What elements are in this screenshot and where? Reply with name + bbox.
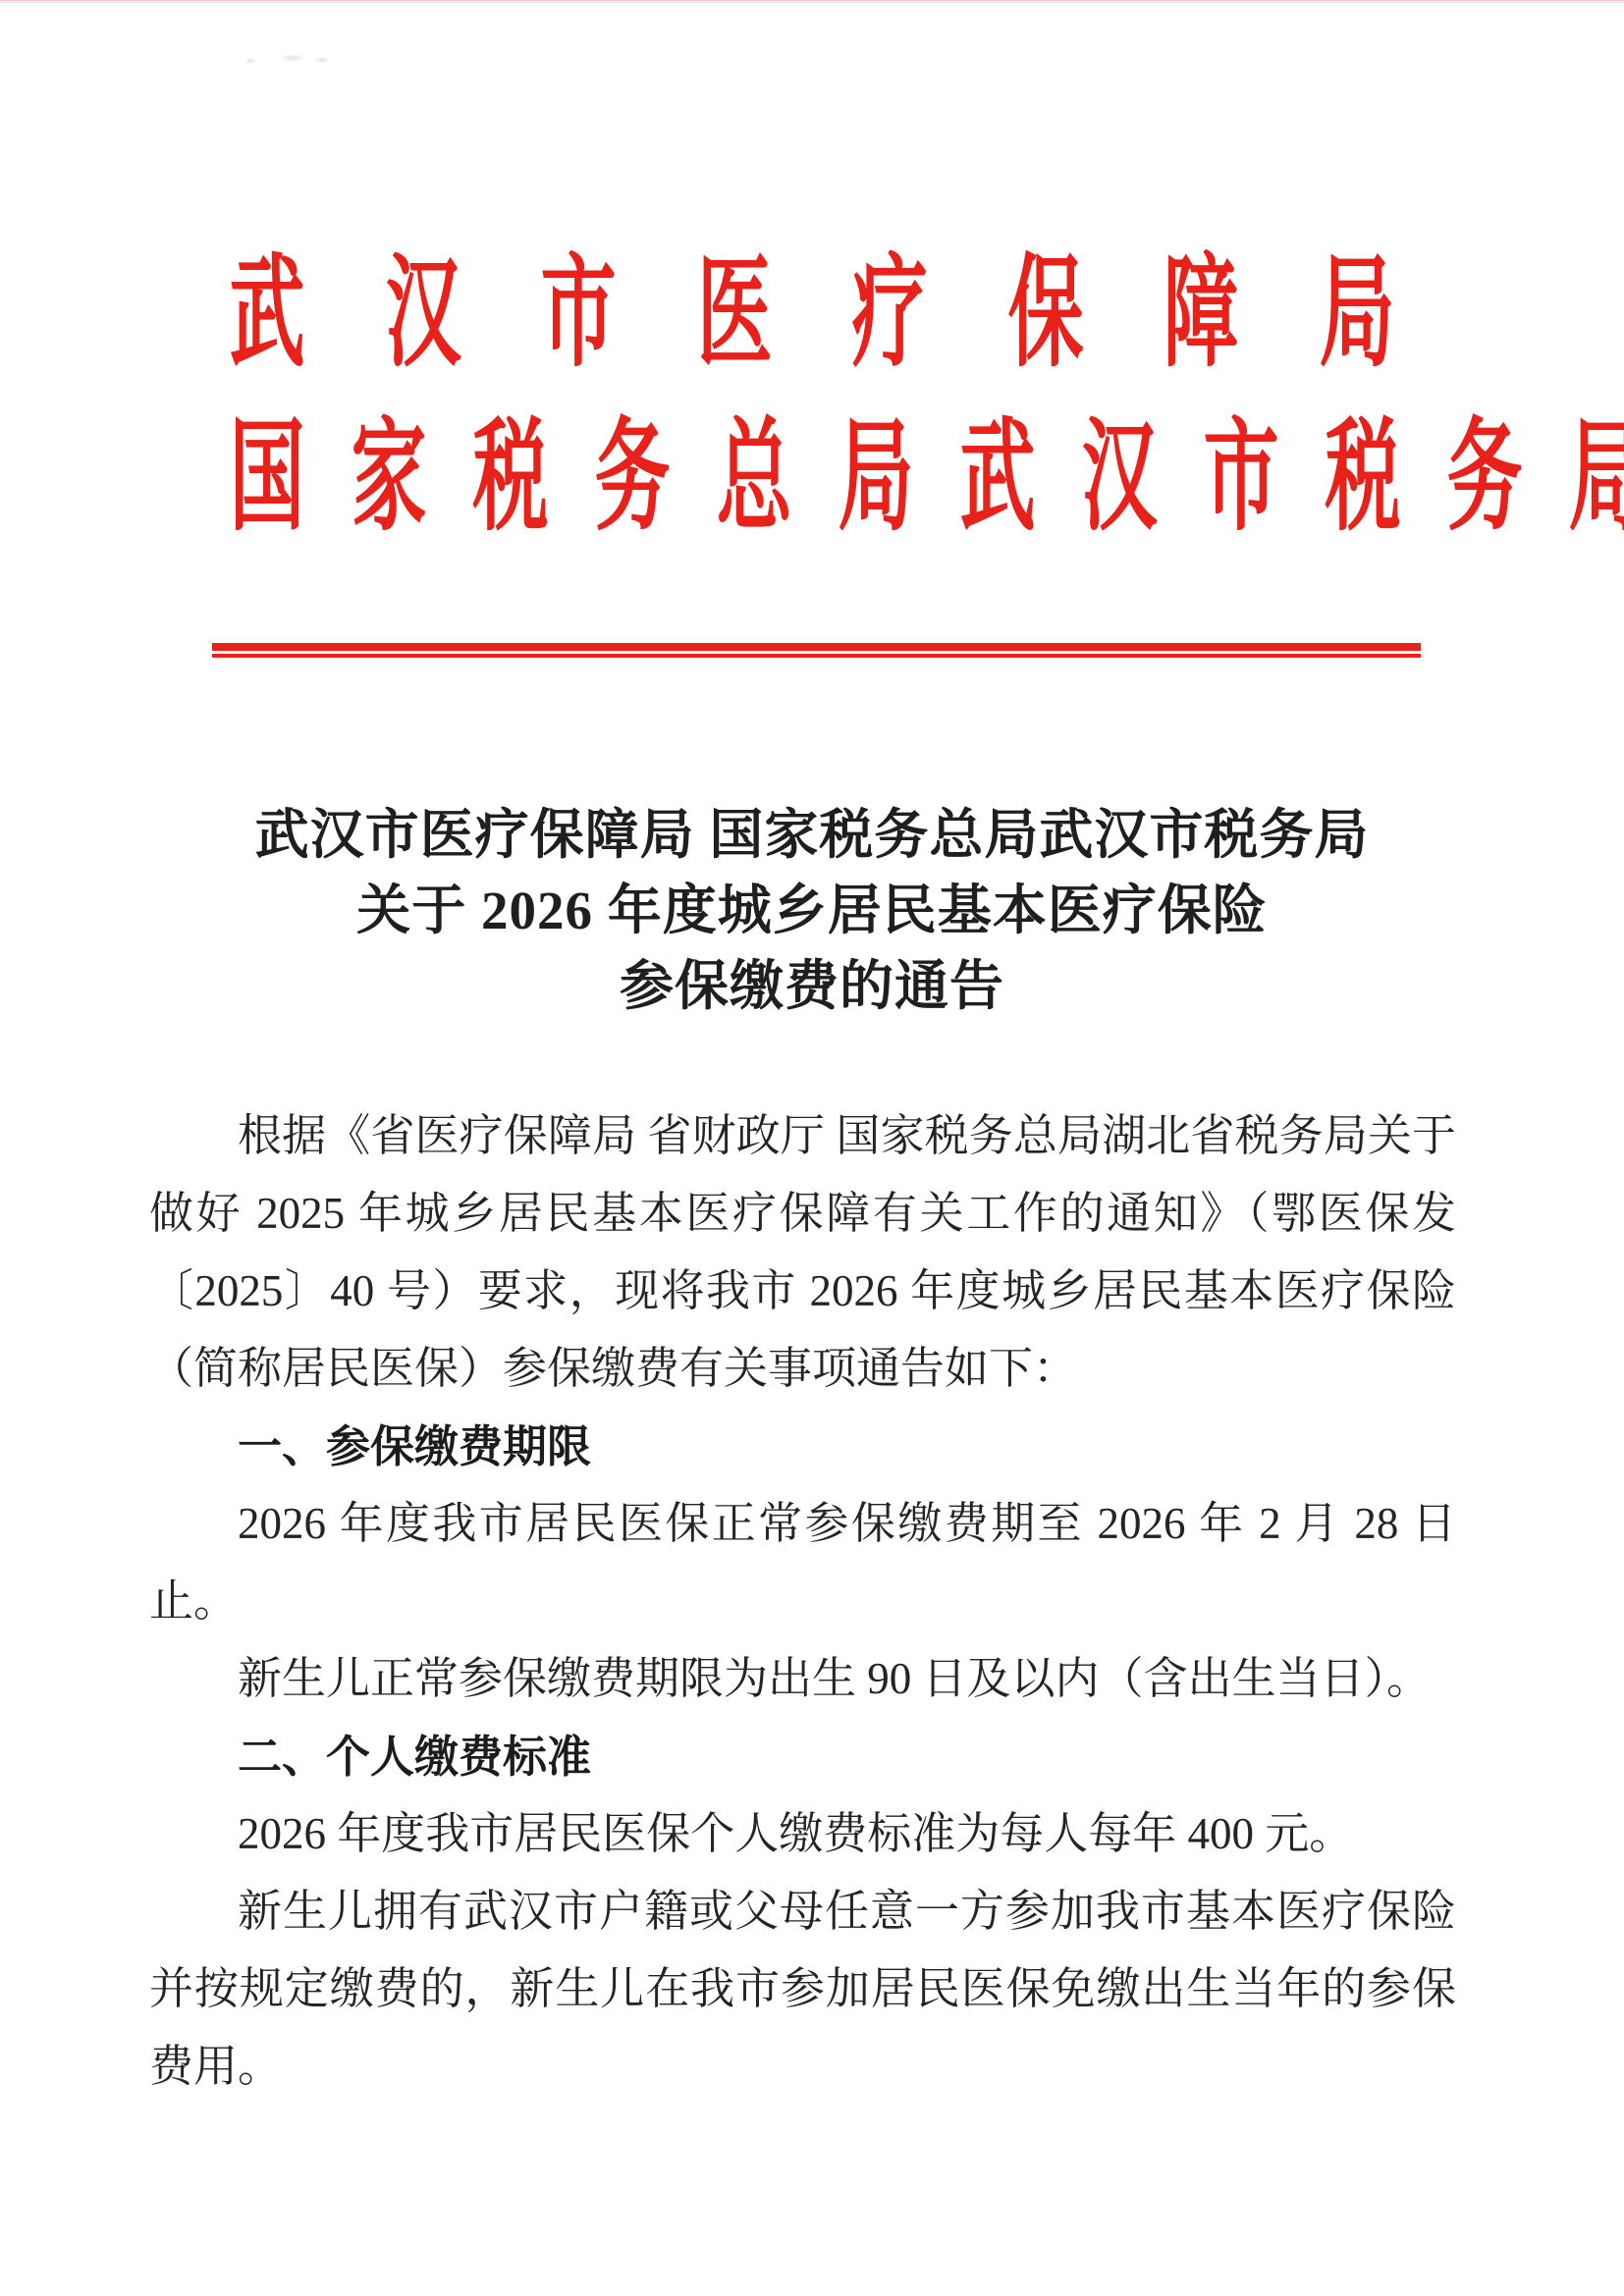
paragraph-newborn-exemption: 新生儿拥有武汉市户籍或父母任意一方参加我市基本医疗保险并按规定缴费的，新生儿在我… (149, 1873, 1456, 2106)
paragraph-intro: 根据《省医疗保障局 省财政厅 国家税务总局湖北省税务局关于做好 2025 年城乡… (149, 1097, 1456, 1408)
paragraph-newborn-deadline: 新生儿正常参保缴费期限为出生 90 日及以内（含出生当日）。 (149, 1640, 1456, 1718)
agency-header-line-1: 武汉市医疗保障局 (206, 253, 1418, 375)
red-divider-thin-line (212, 654, 1421, 658)
red-divider (212, 643, 1421, 658)
section-heading-1: 一、参保缴费期限 (149, 1408, 1456, 1485)
title-line-2: 关于 2026 年度城乡居民基本医疗保险 (0, 873, 1624, 948)
scan-artifact-top (0, 0, 1624, 4)
document-page: 武汉市医疗保障局 国家税务总局武汉市税务局 武汉市医疗保障局 国家税务总局武汉市… (0, 0, 1624, 2296)
title-line-1: 武汉市医疗保障局 国家税务总局武汉市税务局 (0, 797, 1624, 873)
paragraph-payment-standard: 2026 年度我市居民医保个人缴费标准为每人每年 400 元。 (149, 1795, 1456, 1873)
agency-header-line-2: 国家税务总局武汉市税务局 (206, 417, 1418, 539)
paragraph-deadline: 2026 年度我市居民医保正常参保缴费期至 2026 年 2 月 28 日止。 (149, 1485, 1456, 1640)
document-title: 武汉市医疗保障局 国家税务总局武汉市税务局 关于 2026 年度城乡居民基本医疗… (0, 797, 1624, 1024)
red-divider-thick-line (212, 643, 1421, 651)
document-body: 根据《省医疗保障局 省财政厅 国家税务总局湖北省税务局关于做好 2025 年城乡… (149, 1097, 1456, 2106)
title-line-3: 参保缴费的通告 (0, 948, 1624, 1024)
section-heading-2: 二、个人缴费标准 (149, 1718, 1456, 1795)
scan-smudge (239, 49, 337, 69)
